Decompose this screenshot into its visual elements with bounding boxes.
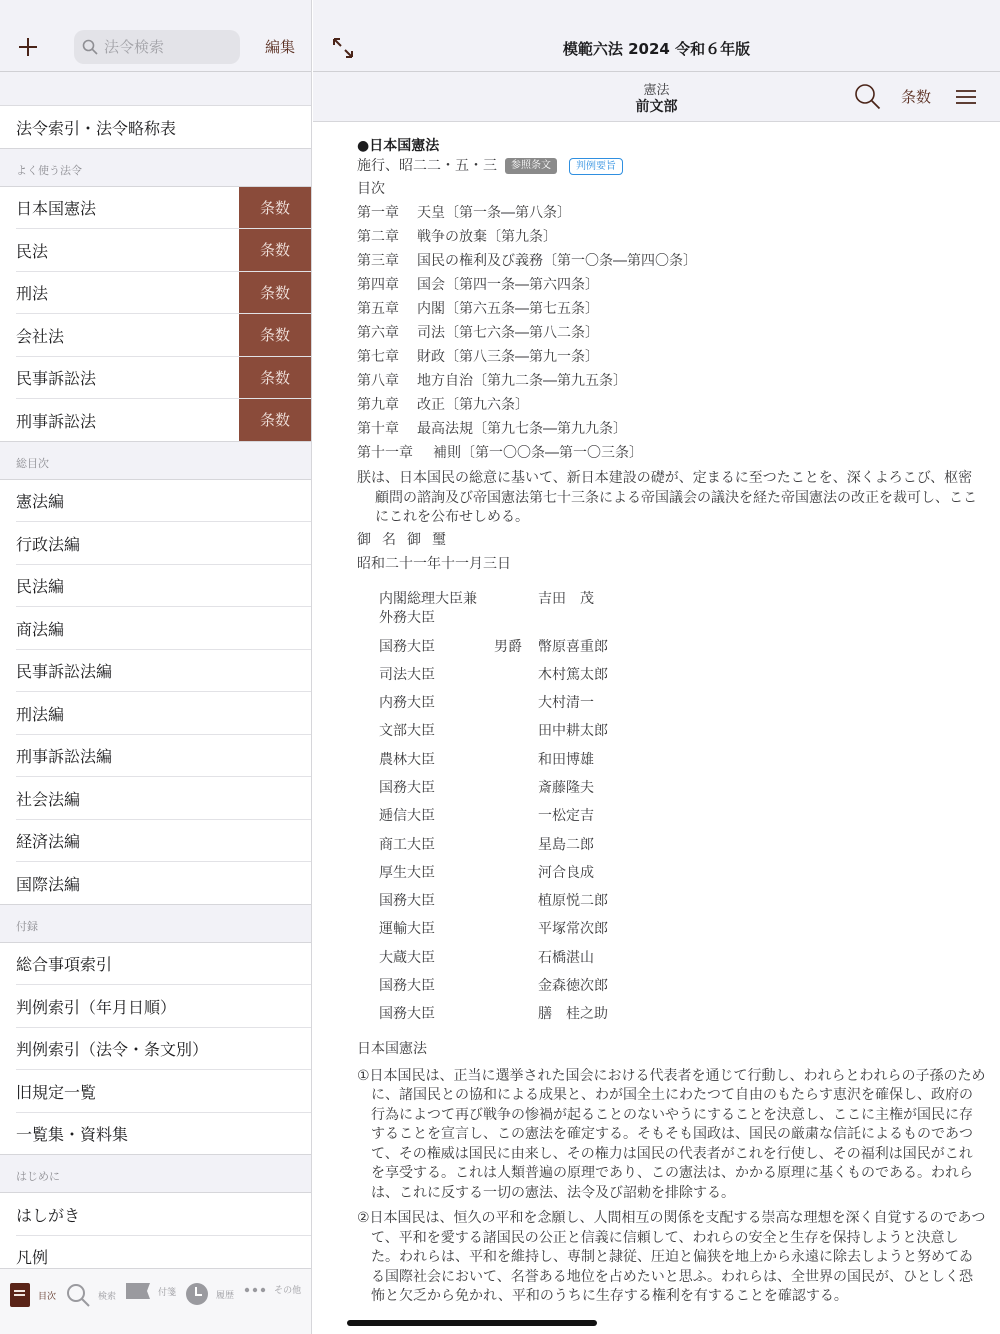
- sidebar-item-label: 民事訴訟法: [0, 366, 96, 389]
- minister-row: 逓信大臣一松定吉: [357, 802, 986, 830]
- chapter-title: 戦争の放棄〔第九条〕: [417, 229, 557, 245]
- chapter-number: 第三章: [357, 249, 417, 273]
- minister-row: 大蔵大臣石橋湛山: [357, 944, 986, 972]
- promulgation-text: 朕は、日本国民の総意に基いて、新日本建設の礎が、定まるに至つたことを、深くよろこ…: [357, 469, 986, 528]
- minister-name: 木村篤太郎: [538, 661, 608, 689]
- contents-item[interactable]: 社会法編: [0, 777, 311, 820]
- minister-role: 国務大臣: [379, 774, 494, 802]
- minister-name: 石橋湛山: [538, 944, 594, 972]
- toc-line[interactable]: 第十一章補則〔第一〇〇条―第一〇三条〕: [357, 441, 986, 465]
- appendix-item[interactable]: 判例索引（法令・条文別）: [0, 1028, 311, 1071]
- favorite-law-item[interactable]: 日本国憲法条数: [0, 187, 311, 230]
- tab-contents[interactable]: 目次: [10, 1283, 56, 1307]
- minister-row: 文部大臣田中耕太郎: [357, 717, 986, 745]
- chapter-title: 国民の権利及び義務〔第一〇条―第四〇条〕: [417, 253, 697, 269]
- section-header-appendix: 付録: [0, 905, 311, 943]
- toc-line[interactable]: 第四章国会〔第四一条―第六四条〕: [357, 273, 986, 297]
- minister-row: 厚生大臣河合良成: [357, 859, 986, 887]
- add-button[interactable]: [2, 27, 54, 67]
- minister-role: 農林大臣: [379, 746, 494, 774]
- favorite-law-item[interactable]: 会社法条数: [0, 314, 311, 357]
- toc-line[interactable]: 第一章天皇〔第一条―第八条〕: [357, 201, 986, 225]
- chapter-number: 第十一章: [357, 441, 433, 465]
- section-header-contents: 総目次: [0, 442, 311, 480]
- contents-item[interactable]: 商法編: [0, 607, 311, 650]
- imperial-seal: 御名御璽: [357, 528, 986, 552]
- minister-role: 国務大臣: [379, 972, 494, 1000]
- article-count-button[interactable]: 条数: [239, 357, 311, 400]
- contents-item[interactable]: 経済法編: [0, 820, 311, 863]
- clock-icon: [186, 1283, 208, 1305]
- minister-row: 内務大臣大村清一: [357, 689, 986, 717]
- sidebar-item-label: 刑事訴訟法編: [0, 744, 112, 767]
- minister-name: 大村清一: [538, 689, 594, 717]
- appendix-item[interactable]: 判例索引（年月日順）: [0, 985, 311, 1028]
- minister-role: 国務大臣: [379, 887, 494, 915]
- document-header: 憲法 前文部 条数: [313, 72, 1000, 122]
- minister-rank: [494, 689, 538, 717]
- more-dots-icon: [244, 1287, 266, 1293]
- chapter-title: 補則〔第一〇〇条―第一〇三条〕: [433, 445, 643, 461]
- tab-label: 目次: [38, 1289, 56, 1302]
- sidebar-item-law-index[interactable]: 法令索引・法令略称表: [0, 106, 311, 149]
- minister-name: 吉田 茂: [538, 590, 594, 629]
- minister-signatures: 内閣総理大臣兼外務大臣 吉田 茂 国務大臣男爵幣原喜重郎 司法大臣木村篤太郎 内…: [357, 584, 986, 1029]
- tab-sticky-notes[interactable]: 付箋: [126, 1283, 176, 1299]
- contents-item[interactable]: 国際法編: [0, 862, 311, 905]
- minister-rank: [494, 774, 538, 802]
- search-icon: [82, 39, 98, 55]
- hamburger-menu-icon: [954, 87, 978, 107]
- chapter-number: 第七章: [357, 345, 417, 369]
- plus-icon: [18, 37, 38, 57]
- sidebar-item-label: 刑法: [0, 281, 48, 304]
- minister-row: 国務大臣膳 桂之助: [357, 1000, 986, 1028]
- minister-rank: [494, 972, 538, 1000]
- sidebar-item-label: 旧規定一覧: [0, 1080, 96, 1103]
- sidebar: 編集 法令索引・法令略称表 よく使う法令 日本国憲法条数 民法条数 刑法条数 会…: [0, 0, 312, 1334]
- sidebar-item-label: 憲法編: [0, 489, 64, 512]
- menu-button[interactable]: [954, 87, 978, 107]
- effective-date: 施行、昭二二・五・三: [357, 155, 497, 177]
- minister-name: 植原悦二郎: [538, 887, 608, 915]
- toc-line[interactable]: 第九章改正〔第九六条〕: [357, 393, 986, 417]
- minister-row: 司法大臣木村篤太郎: [357, 661, 986, 689]
- effective-date-row: 施行、昭二二・五・三 参照条文 判例要旨: [357, 155, 986, 177]
- sidebar-item-label: 日本国憲法: [0, 196, 96, 219]
- sidebar-item-label: 凡例: [0, 1245, 48, 1268]
- favorite-law-item[interactable]: 民事訴訟法条数: [0, 357, 311, 400]
- chapter-title: 内閣〔第六五条―第七五条〕: [417, 301, 599, 317]
- chapter-title: 最高法規〔第九七条―第九九条〕: [417, 421, 627, 437]
- toc-line[interactable]: 第十章最高法規〔第九七条―第九九条〕: [357, 417, 986, 441]
- contents-item[interactable]: 刑事訴訟法編: [0, 735, 311, 778]
- minister-rank: [494, 717, 538, 745]
- chapter-number: 第五章: [357, 297, 417, 321]
- law-search-field[interactable]: [74, 30, 240, 64]
- chapter-title: 国会〔第四一条―第六四条〕: [417, 277, 599, 293]
- favorite-law-item[interactable]: 刑事訴訟法条数: [0, 399, 311, 442]
- sidebar-toolbar: 編集: [0, 0, 311, 72]
- minister-role: 内閣総理大臣兼: [379, 590, 494, 610]
- sidebar-item-label: 刑法編: [0, 702, 64, 725]
- minister-name: 金森徳次郎: [538, 972, 608, 1000]
- article-count-button[interactable]: 条数: [239, 229, 311, 272]
- sidebar-item-label: 判例索引（法令・条文別）: [0, 1037, 208, 1060]
- minister-role: 商工大臣: [379, 831, 494, 859]
- article-count-button[interactable]: 条数: [239, 272, 311, 315]
- minister-name: 膳 桂之助: [538, 1000, 608, 1028]
- search-icon: [66, 1283, 90, 1307]
- toc-line[interactable]: 第二章戦争の放棄〔第九条〕: [357, 225, 986, 249]
- sidebar-item-label: 会社法: [0, 324, 64, 347]
- sidebar-item-label: 商法編: [0, 617, 64, 640]
- sidebar-item-label: 社会法編: [0, 787, 80, 810]
- minister-row: 国務大臣斎藤隆夫: [357, 774, 986, 802]
- minister-role: 厚生大臣: [379, 859, 494, 887]
- minister-rank: [494, 831, 538, 859]
- minister-role: 逓信大臣: [379, 802, 494, 830]
- minister-rank: [494, 915, 538, 943]
- bottom-tab-bar: 目次 検索 付箋 履歴 その他: [0, 1268, 312, 1334]
- toc-line[interactable]: 第八章地方自治〔第九二条―第九五条〕: [357, 369, 986, 393]
- minister-rank: [494, 746, 538, 774]
- chapter-number: 第四章: [357, 273, 417, 297]
- minister-rank: [494, 1000, 538, 1028]
- law-search-input[interactable]: [104, 38, 224, 56]
- contents-item[interactable]: 民事訴訟法編: [0, 650, 311, 693]
- home-indicator[interactable]: [347, 1320, 597, 1326]
- minister-name: 幣原喜重郎: [538, 633, 608, 661]
- sidebar-item-label: 総合事項索引: [0, 952, 112, 975]
- article-count-button[interactable]: 条数: [239, 187, 311, 230]
- law-title: ●日本国憲法: [357, 137, 986, 155]
- document-body[interactable]: ●日本国憲法 施行、昭二二・五・三 参照条文 判例要旨 目次 第一章天皇〔第一条…: [357, 123, 986, 1334]
- minister-rank: [494, 859, 538, 887]
- favorite-law-item[interactable]: 刑法条数: [0, 272, 311, 315]
- minister-row: 農林大臣和田博雄: [357, 746, 986, 774]
- contents-item[interactable]: 民法編: [0, 565, 311, 608]
- preamble-paragraph: ①日本国民は、正当に選挙された国会における代表者を通じて行動し、われらとわれらの…: [357, 1067, 986, 1204]
- sidebar-item-label: 民事訴訟法編: [0, 659, 112, 682]
- minister-row: 商工大臣星島二郎: [357, 831, 986, 859]
- reference-articles-badge[interactable]: 参照条文: [505, 158, 557, 174]
- minister-role: 司法大臣: [379, 661, 494, 689]
- search-icon: [854, 83, 882, 111]
- toc-line[interactable]: 第三章国民の権利及び義務〔第一〇条―第四〇条〕: [357, 249, 986, 273]
- minister-role: 内務大臣: [379, 689, 494, 717]
- minister-role: 外務大臣: [379, 609, 494, 629]
- section-title: 前文部: [313, 96, 1000, 116]
- intro-item[interactable]: はしがき: [0, 1193, 311, 1236]
- section-header-introduction: はじめに: [0, 1155, 311, 1193]
- chapter-title: 天皇〔第一条―第八条〕: [417, 205, 571, 221]
- tab-more[interactable]: その他: [244, 1283, 301, 1296]
- tab-label: 付箋: [158, 1285, 176, 1298]
- sidebar-item-label: 刑事訴訟法: [0, 409, 96, 432]
- appendix-item[interactable]: 旧規定一覧: [0, 1070, 311, 1113]
- sidebar-item-label: 一覧集・資料集: [0, 1122, 128, 1145]
- spacer: [0, 72, 311, 106]
- sidebar-item-label: 民法編: [0, 574, 64, 597]
- minister-role: 国務大臣: [379, 633, 494, 661]
- minister-name: 斎藤隆夫: [538, 774, 594, 802]
- chapter-number: 第九章: [357, 393, 417, 417]
- minister-row: 国務大臣男爵幣原喜重郎: [357, 633, 986, 661]
- sidebar-item-label: 経済法編: [0, 829, 80, 852]
- preamble-title: 日本国憲法: [357, 1037, 986, 1061]
- article-number-button[interactable]: 条数: [901, 86, 931, 107]
- tab-label: 履歴: [216, 1288, 234, 1301]
- chapter-title: 財政〔第八三条―第九一条〕: [417, 349, 599, 365]
- edit-button[interactable]: 編集: [265, 36, 295, 57]
- contents-item[interactable]: 刑法編: [0, 692, 311, 735]
- chapter-number: 第八章: [357, 369, 417, 393]
- chapter-title: 地方自治〔第九二条―第九五条〕: [417, 373, 627, 389]
- minister-rank: [494, 887, 538, 915]
- tab-label: 検索: [98, 1289, 116, 1302]
- app-title: 模範六法 2024 令和６年版: [313, 38, 1000, 59]
- minister-row: 国務大臣金森徳次郎: [357, 972, 986, 1000]
- minister-name: 田中耕太郎: [538, 717, 608, 745]
- minister-name: 平塚常次郎: [538, 915, 608, 943]
- preamble-paragraph: ②日本国民は、恒久の平和を念願し、人間相互の関係を支配する崇高な理想を深く自覚す…: [357, 1209, 986, 1307]
- minister-role: 文部大臣: [379, 717, 494, 745]
- promulgation-date: 昭和二十一年十一月三日: [357, 552, 986, 576]
- chapter-number: 第一章: [357, 201, 417, 225]
- find-in-document-button[interactable]: [854, 83, 882, 111]
- case-summary-badge[interactable]: 判例要旨: [569, 158, 623, 175]
- sidebar-item-label: 判例索引（年月日順）: [0, 995, 176, 1018]
- table-of-contents: 第一章天皇〔第一条―第八条〕 第二章戦争の放棄〔第九条〕 第三章国民の権利及び義…: [357, 201, 986, 465]
- title-bar: 模範六法 2024 令和６年版: [313, 0, 1000, 72]
- toc-line[interactable]: 第六章司法〔第七六条―第八二条〕: [357, 321, 986, 345]
- main-pane: 模範六法 2024 令和６年版 憲法 前文部 条数 ●日本国憲法 施行、昭二二・…: [313, 0, 1000, 1334]
- article-count-button[interactable]: 条数: [239, 314, 311, 357]
- sidebar-item-label: 行政法編: [0, 532, 80, 555]
- chapter-title: 改正〔第九六条〕: [417, 397, 529, 413]
- minister-name: 星島二郎: [538, 831, 594, 859]
- article-count-button[interactable]: 条数: [239, 399, 311, 442]
- appendix-item[interactable]: 総合事項索引: [0, 943, 311, 986]
- chapter-number: 第十章: [357, 417, 417, 441]
- sidebar-item-label: 国際法編: [0, 872, 80, 895]
- chapter-title: 司法〔第七六条―第八二条〕: [417, 325, 599, 341]
- chapter-number: 第六章: [357, 321, 417, 345]
- contents-item[interactable]: 憲法編: [0, 480, 311, 523]
- minister-rank: [494, 944, 538, 972]
- minister-role: 運輸大臣: [379, 915, 494, 943]
- appendix-item[interactable]: 一覧集・資料集: [0, 1113, 311, 1156]
- sidebar-item-label: はしがき: [0, 1203, 80, 1226]
- chapter-number: 第二章: [357, 225, 417, 249]
- minister-rank: 男爵: [494, 633, 538, 661]
- minister-name: 和田博雄: [538, 746, 594, 774]
- minister-rank: [494, 661, 538, 689]
- minister-role: 国務大臣: [379, 1000, 494, 1028]
- minister-row: 国務大臣植原悦二郎: [357, 887, 986, 915]
- minister-row: 内閣総理大臣兼外務大臣 吉田 茂: [357, 584, 986, 633]
- section-header-favorites: よく使う法令: [0, 149, 311, 187]
- minister-rank: [494, 802, 538, 830]
- tab-label: その他: [274, 1283, 301, 1296]
- toc-line[interactable]: 第七章財政〔第八三条―第九一条〕: [357, 345, 986, 369]
- sidebar-item-label: 民法: [0, 239, 48, 262]
- minister-role: 大蔵大臣: [379, 944, 494, 972]
- toc-label: 目次: [357, 177, 986, 201]
- sidebar-item-label: 法令索引・法令略称表: [0, 116, 176, 139]
- toc-line[interactable]: 第五章内閣〔第六五条―第七五条〕: [357, 297, 986, 321]
- book-icon: [10, 1283, 30, 1307]
- minister-name: 一松定吉: [538, 802, 594, 830]
- minister-row: 運輸大臣平塚常次郎: [357, 915, 986, 943]
- contents-item[interactable]: 行政法編: [0, 522, 311, 565]
- bookmark-flag-icon: [126, 1283, 150, 1299]
- minister-rank: [494, 590, 538, 629]
- favorite-law-item[interactable]: 民法条数: [0, 229, 311, 272]
- minister-name: 河合良成: [538, 859, 594, 887]
- tab-search[interactable]: 検索: [66, 1283, 116, 1307]
- tab-history[interactable]: 履歴: [186, 1283, 234, 1305]
